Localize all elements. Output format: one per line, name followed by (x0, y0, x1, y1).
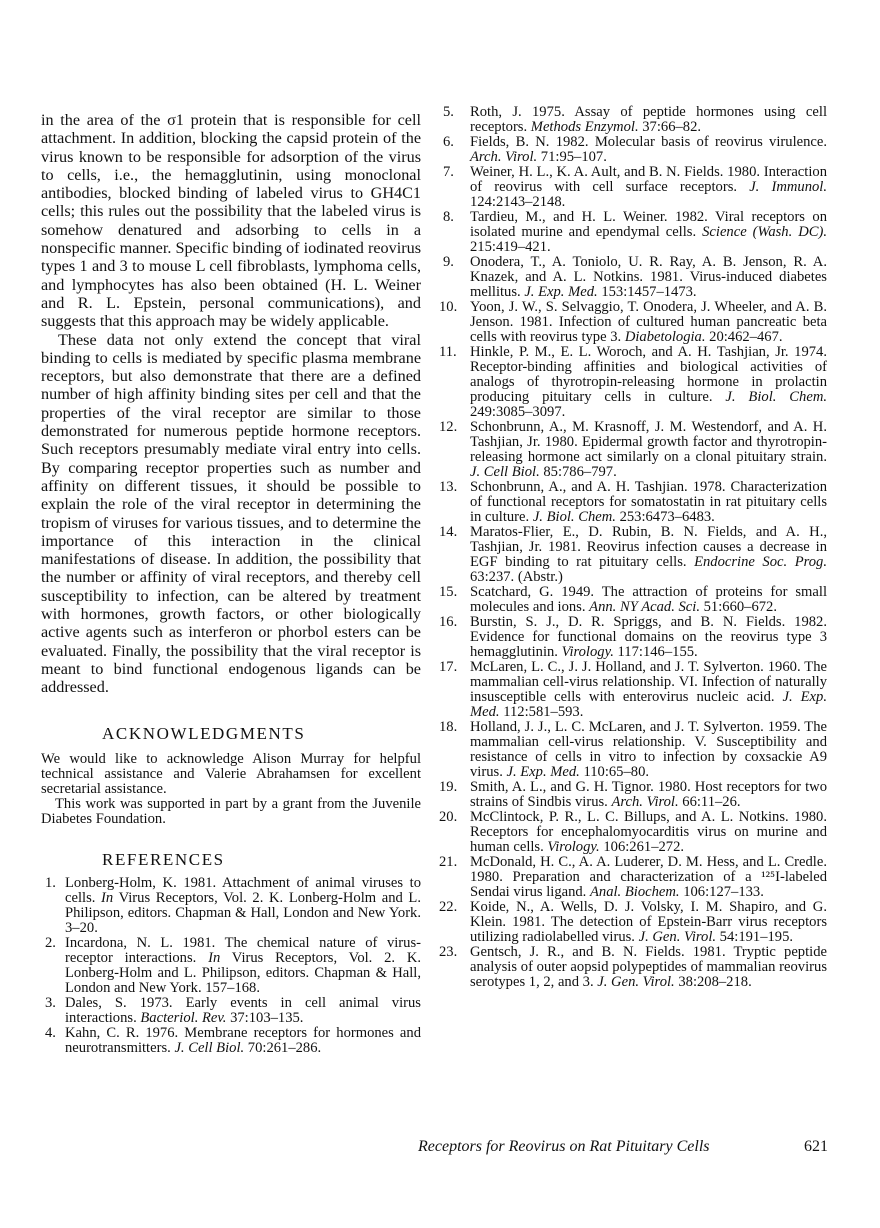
reference-italic: J. Immunol. (749, 179, 827, 195)
reference-item: 23.Gentsch, J. R., and B. N. Fields. 198… (443, 945, 827, 990)
reference-citation: 66:11–26. (679, 794, 741, 810)
reference-list-right: 5.Roth, J. 1975. Assay of peptide hormon… (443, 105, 827, 990)
reference-number: 17. (439, 660, 466, 675)
reference-item: 21.McDonald, H. C., A. A. Luderer, D. M.… (443, 855, 827, 900)
references-heading: REFERENCES (41, 850, 421, 870)
reference-citation: 112:581–593. (500, 704, 584, 720)
reference-text: Schonbrunn, A., M. Krasnoff, J. M. Weste… (470, 419, 827, 465)
reference-citation: 253:6473–6483. (616, 509, 715, 525)
reference-italic: J. Cell Biol. (174, 1040, 244, 1056)
reference-number: 2. (45, 936, 65, 951)
reference-item: 11.Hinkle, P. M., E. L. Woroch, and A. H… (443, 345, 827, 420)
reference-number: 21. (439, 855, 466, 870)
reference-italic: Virology. (547, 839, 599, 855)
reference-italic: In (101, 890, 113, 906)
reference-item: 3.Dales, S. 1973. Early events in cell a… (41, 996, 421, 1026)
reference-number: 6. (443, 135, 470, 150)
reference-italic: Arch. Virol. (470, 149, 537, 165)
reference-number: 23. (439, 945, 466, 960)
page-number: 621 (804, 1138, 828, 1156)
reference-item: 2.Incardona, N. L. 1981. The chemical na… (41, 936, 421, 996)
reference-item: 18.Holland, J. J., L. C. McLaren, and J.… (443, 720, 827, 780)
reference-citation: 54:191–195. (716, 929, 793, 945)
reference-item: 17.McLaren, L. C., J. J. Holland, and J.… (443, 660, 827, 720)
reference-item: 22.Koide, N., A. Wells, D. J. Volsky, I.… (443, 900, 827, 945)
reference-item: 1.Lonberg-Holm, K. 1981. Attachment of a… (41, 876, 421, 936)
reference-italic: J. Biol. Chem. (725, 389, 827, 405)
reference-italic: Diabetologia. (625, 329, 706, 345)
reference-item: 5.Roth, J. 1975. Assay of peptide hormon… (443, 105, 827, 135)
reference-citation: 117:146–155. (614, 644, 698, 660)
reference-item: 4.Kahn, C. R. 1976. Membrane receptors f… (41, 1026, 421, 1056)
reference-citation: 110:65–80. (580, 764, 649, 780)
reference-citation: 20:462–467. (706, 329, 783, 345)
reference-number: 20. (439, 810, 466, 825)
reference-item: 9.Onodera, T., A. Toniolo, U. R. Ray, A.… (443, 255, 827, 300)
reference-number: 3. (45, 996, 65, 1011)
reference-item: 12.Schonbrunn, A., M. Krasnoff, J. M. We… (443, 420, 827, 480)
reference-italic: Endocrine Soc. Prog. (694, 554, 827, 570)
running-title: Receptors for Reovirus on Rat Pituitary … (418, 1138, 710, 1156)
reference-citation: 37:66–82. (639, 119, 701, 135)
reference-list-left: 1.Lonberg-Holm, K. 1981. Attachment of a… (41, 876, 421, 1056)
reference-item: 10.Yoon, J. W., S. Selvaggio, T. Onodera… (443, 300, 827, 345)
reference-number: 10. (439, 300, 466, 315)
acknowledgments-text-1: We would like to acknowledge Alison Murr… (41, 752, 421, 798)
reference-item: 16.Burstin, S. J., D. R. Spriggs, and B.… (443, 615, 827, 660)
body-paragraph-1: in the area of the σ1 protein that is re… (41, 111, 421, 331)
reference-citation: 63:237. (Abstr.) (470, 569, 563, 585)
reference-italic: Science (Wash. DC). (702, 224, 827, 240)
reference-text: Fields, B. N. 1982. Molecular basis of r… (470, 134, 827, 150)
reference-item: 19.Smith, A. L., and G. H. Tignor. 1980.… (443, 780, 827, 810)
right-column: 5.Roth, J. 1975. Assay of peptide hormon… (443, 105, 827, 990)
reference-italic: J. Cell Biol. (470, 464, 540, 480)
reference-citation: 37:103–135. (226, 1010, 303, 1026)
reference-citation: 70:261–286. (244, 1040, 321, 1056)
reference-italic: Virology. (562, 644, 614, 660)
reference-italic: Methods Enzymol. (531, 119, 639, 135)
reference-italic: J. Exp. Med. (506, 764, 579, 780)
reference-italic: J. Gen. Virol. (639, 929, 716, 945)
reference-citation: 106:261–272. (600, 839, 684, 855)
reference-italic: Bacteriol. Rev. (140, 1010, 226, 1026)
reference-number: 22. (439, 900, 466, 915)
reference-citation: 106:127–133. (680, 884, 764, 900)
reference-citation: 153:1457–1473. (598, 284, 697, 300)
reference-text: McLaren, L. C., J. J. Holland, and J. T.… (470, 659, 827, 705)
reference-italic: J. Gen. Virol. (597, 974, 674, 990)
reference-number: 16. (439, 615, 466, 630)
reference-citation: Virus Receptors, Vol. 2. K. Lonberg-Holm… (65, 890, 421, 936)
reference-number: 7. (443, 165, 470, 180)
left-column: in the area of the σ1 protein that is re… (41, 111, 421, 1056)
reference-number: 4. (45, 1026, 65, 1041)
reference-citation: 215:419–421. (470, 239, 551, 255)
reference-number: 8. (443, 210, 470, 225)
reference-citation: 85:786–797. (540, 464, 617, 480)
reference-number: 13. (439, 480, 466, 495)
reference-item: 14.Maratos-Flier, E., D. Rubin, B. N. Fi… (443, 525, 827, 585)
reference-number: 15. (439, 585, 466, 600)
reference-number: 9. (443, 255, 470, 270)
reference-number: 5. (443, 105, 470, 120)
reference-number: 11. (439, 345, 466, 360)
reference-citation: 71:95–107. (537, 149, 607, 165)
reference-number: 19. (439, 780, 466, 795)
reference-number: 18. (439, 720, 466, 735)
reference-item: 20.McClintock, P. R., L. C. Billups, and… (443, 810, 827, 855)
reference-italic: In (208, 950, 220, 966)
reference-item: 7.Weiner, H. L., K. A. Ault, and B. N. F… (443, 165, 827, 210)
reference-citation: 38:208–218. (675, 974, 752, 990)
acknowledgments-text-2: This work was supported in part by a gra… (41, 797, 421, 827)
reference-italic: Ann. NY Acad. Sci. (589, 599, 700, 615)
reference-item: 6.Fields, B. N. 1982. Molecular basis of… (443, 135, 827, 165)
reference-italic: J. Biol. Chem. (533, 509, 616, 525)
reference-item: 8.Tardieu, M., and H. L. Weiner. 1982. V… (443, 210, 827, 255)
reference-number: 12. (439, 420, 466, 435)
reference-item: 15.Scatchard, G. 1949. The attraction of… (443, 585, 827, 615)
reference-number: 14. (439, 525, 466, 540)
reference-italic: Anal. Biochem. (590, 884, 680, 900)
reference-italic: J. Exp. Med. (524, 284, 597, 300)
reference-number: 1. (45, 876, 65, 891)
body-paragraph-2: These data not only extend the concept t… (41, 331, 421, 697)
reference-citation: 124:2143–2148. (470, 194, 565, 210)
reference-citation: 51:660–672. (700, 599, 777, 615)
reference-italic: Arch. Virol. (611, 794, 678, 810)
acknowledgments-heading: ACKNOWLEDGMENTS (41, 724, 421, 744)
reference-item: 13.Schonbrunn, A., and A. H. Tashjian. 1… (443, 480, 827, 525)
reference-citation: 249:3085–3097. (470, 404, 565, 420)
